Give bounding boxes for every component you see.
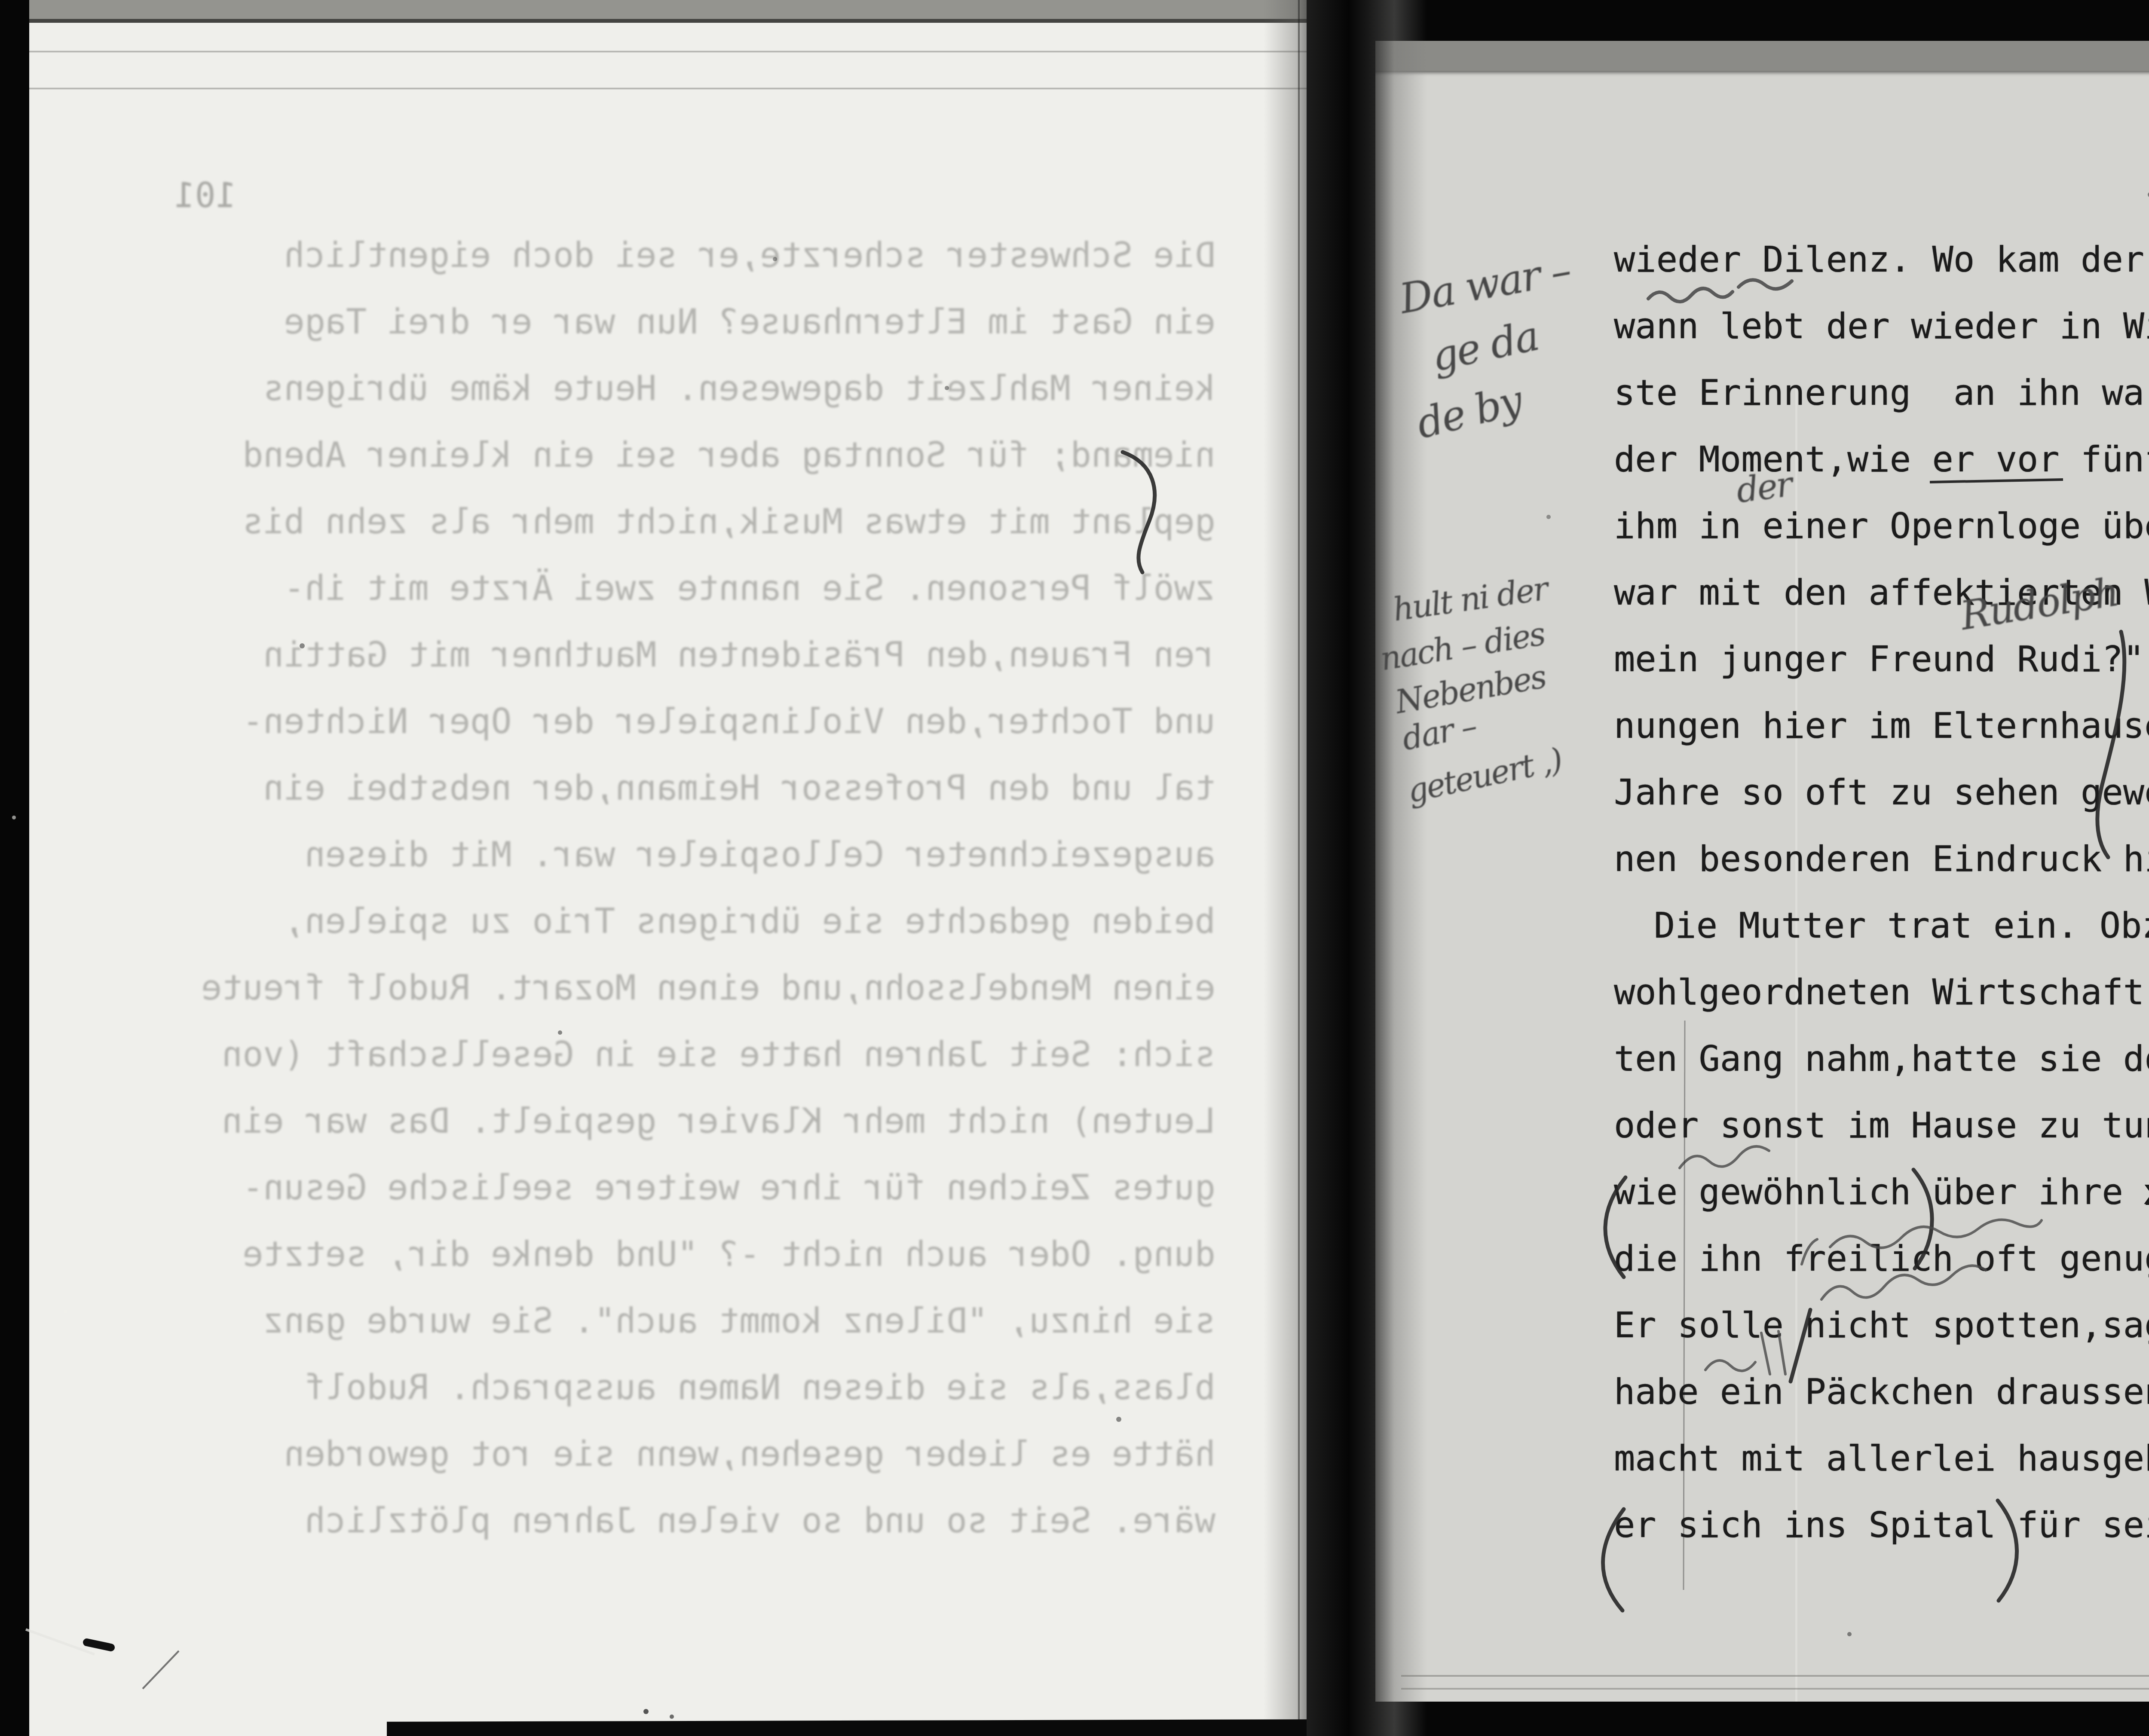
typed-line: der Moment,wie er vor fünfzehn Jahren be…: [1614, 438, 2149, 481]
typed-line: die ihn freilich oft genug ungeduldig ma…: [1614, 1238, 2149, 1281]
typed-line: ten Gang nahm,hatte sie doch immer in de…: [1614, 1038, 2149, 1081]
ghost-line: hätte es lieber gesehen,wenn sie rot gew…: [284, 1433, 1215, 1475]
gutter-crease-line: [1298, 0, 1300, 1736]
deckle-line: [1401, 1675, 2149, 1677]
left-page-bottom-edge: [387, 1719, 1307, 1736]
ghost-line: beiden gedachte sie übrigens Trio zu spi…: [284, 900, 1215, 942]
typed-line-paragraph-start: Die Mutter trat ein. Obzwar in der: [1654, 905, 2149, 947]
ghost-line: wäre. Seit so und so vielen Jahren plötz…: [305, 1500, 1215, 1542]
ghost-line: Die Schwester scherzte,er sei doch eigen…: [284, 234, 1215, 276]
typed-line: ihm in einer Opernloge über das Haar ges…: [1614, 505, 2149, 548]
ghost-line: ein Gast im Elternhause? Nun war er drei…: [284, 301, 1215, 343]
line15-pre: wie gewöhnlich über ihre: [1614, 1172, 2144, 1213]
typed-line: oder sonst im Hause zu tun. Rudolf scher…: [1614, 1104, 2149, 1147]
typed-line: Jahre so oft zu sehen gewesen war,hatten…: [1614, 771, 2149, 814]
ghost-line: tal und den Professor Heimann,der nebstb…: [263, 767, 1215, 809]
ghost-line: sich: Seit Jahren hatte sie in Gesellsch…: [222, 1033, 1215, 1076]
typed-line: wohlgeordneten Wirtschaft alles seinen g…: [1614, 971, 2149, 1014]
typed-line: nen besonderen Eindruck hinterlassen.: [1614, 838, 2149, 881]
dust-specks-light: [0, 0, 2, 2]
ghost-line: keiner Mahlzeit dagewesen. Heute käme üb…: [263, 367, 1215, 410]
typed-line: macht mit allerlei hausgebackenen Sachen…: [1614, 1437, 2149, 1480]
book-scan: 101 Die Schwester scherzte,er sei doch e…: [0, 0, 2149, 1736]
typed-line: habe ein Päckchen draussen für ihn zurec…: [1614, 1371, 2149, 1414]
underlying-page-edge-top-right: [1375, 41, 2149, 75]
ghost-line: und Tochter,den Violinspieler der Oper N…: [242, 700, 1215, 743]
ghost-line: sie hinzu, "Dilenz kommt auch". Sie wurd…: [263, 1300, 1215, 1342]
ghost-line: Leuten) nicht mehr Klavier gespielt. Das…: [222, 1100, 1215, 1142]
typed-line: wieder Dilenz. Wo kam der überhaupt her?…: [1614, 238, 2149, 281]
ghost-line: ren Frauen,den Präsidenten Mauthner mit …: [263, 634, 1215, 676]
deckle-line: [1401, 1688, 2149, 1690]
left-page-mirrored-ghost-text: 101 Die Schwester scherzte,er sei doch e…: [43, 0, 1221, 1736]
typed-line: mein junger Freund Rudi?" Alle folgenden…: [1614, 638, 2149, 681]
typed-overstrike-word: xxxxxxxx: [2144, 1172, 2149, 1213]
ghost-line: niemand; für Sonntag aber sei ein kleine…: [242, 434, 1215, 476]
typed-line: nungen hier im Elternhause,wo er durch e…: [1614, 705, 2149, 748]
ghost-line: zwölf Personen. Sie nannte zwei Ärzte mi…: [284, 567, 1215, 609]
gutter-shadow: [1264, 0, 1427, 1736]
typed-line: er sich ins Spital für seine Junggeselle…: [1614, 1504, 2149, 1547]
typed-line-with-strikeout: wie gewöhnlich über ihre xxxxxxxx Geschä…: [1614, 1171, 2149, 1214]
ghost-line: blass,als sie diesen Namen aussprach. Ru…: [305, 1366, 1215, 1409]
typed-line: wann lebt der wieder in Wien? Rudolfs de…: [1614, 305, 2149, 348]
ghost-line: geplant mit etwas Musik,nicht mehr als z…: [242, 501, 1215, 543]
ghost-line: ausgezeichneter Cellospieler war. Mit di…: [305, 834, 1215, 876]
ghost-line: einen Mendelssohn,und einen Mozart. Rudo…: [201, 967, 1215, 1009]
ghost-line: dung. Oder auch nicht -? "Und denke dir,…: [242, 1233, 1215, 1275]
ghost-line: gutes Zeichen für ihre weitere seelische…: [242, 1167, 1215, 1209]
typed-line: ste Erinnerung an ihn war in diesem Auge…: [1614, 372, 2149, 415]
ghost-page-number: 101: [174, 175, 237, 215]
typed-line: Er solle nicht spotten,sagte die Mutter:…: [1614, 1304, 2149, 1347]
handwritten-insert-der: der: [1734, 465, 1794, 511]
